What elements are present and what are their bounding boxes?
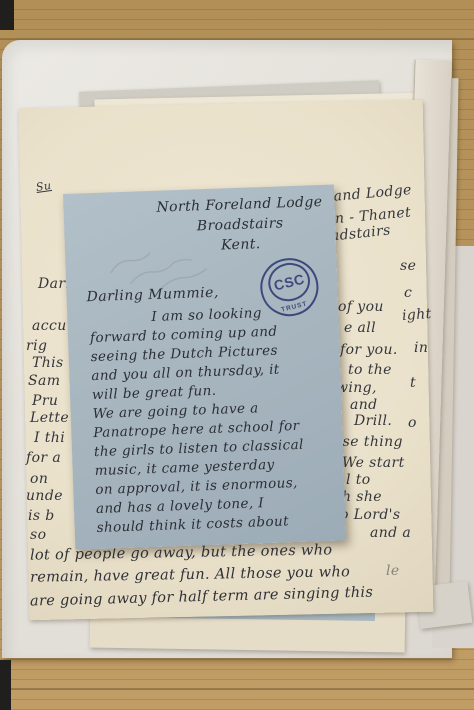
archive-photo-scene: Su eland Lodge in - Thanet oadstairs Dar… (0, 0, 474, 710)
right-fragment: of you (338, 299, 384, 315)
edge-fragment: le (386, 563, 400, 579)
right-fragment: to the (348, 362, 392, 378)
left-fragment: accu (32, 318, 67, 334)
edge-fragment: se (400, 258, 416, 274)
edge-fragment: in (414, 340, 428, 356)
left-fragment: for a (26, 450, 61, 466)
left-fragment: unde (26, 488, 63, 504)
right-fragment: Drill. (354, 413, 392, 429)
black-corner-bottom-left (0, 660, 11, 710)
edge-fragment: c (404, 285, 412, 301)
edge-fragment: o (408, 415, 417, 431)
right-fragment: ese thing (334, 434, 403, 450)
black-corner-top-left (0, 0, 14, 30)
blue-letter-sheet: North Foreland Lodge Broadstairs Kent. C… (63, 185, 346, 550)
left-fragment: I thi (34, 430, 65, 446)
right-fragment: wing, (336, 380, 377, 396)
left-fragment: on (30, 471, 48, 487)
left-fragment: Sam (28, 373, 60, 389)
edge-fragment: t (410, 375, 416, 391)
right-fragment: l to (346, 472, 371, 488)
right-fragment: h she (342, 489, 382, 505)
right-fragment: and a (370, 525, 411, 541)
left-fragment: so (30, 527, 46, 543)
edge-fragment: ight (401, 306, 432, 324)
right-fragment: We start (342, 455, 405, 471)
left-fragment: Lette (30, 410, 69, 426)
cardboard-crease (0, 688, 474, 690)
left-fragment: Pru (32, 393, 58, 409)
letter-body: I am so looking forward to coming up and… (89, 303, 307, 538)
right-fragment: and (350, 397, 378, 413)
letter-salutation: Darling Mummie, (86, 285, 219, 306)
right-fragment: e all (344, 320, 376, 336)
day-note: Su (35, 179, 52, 194)
left-fragment: is b (28, 508, 55, 524)
right-fragment: for you. (340, 342, 398, 358)
left-fragment: rig (26, 338, 47, 354)
left-fragment: This (32, 355, 64, 371)
